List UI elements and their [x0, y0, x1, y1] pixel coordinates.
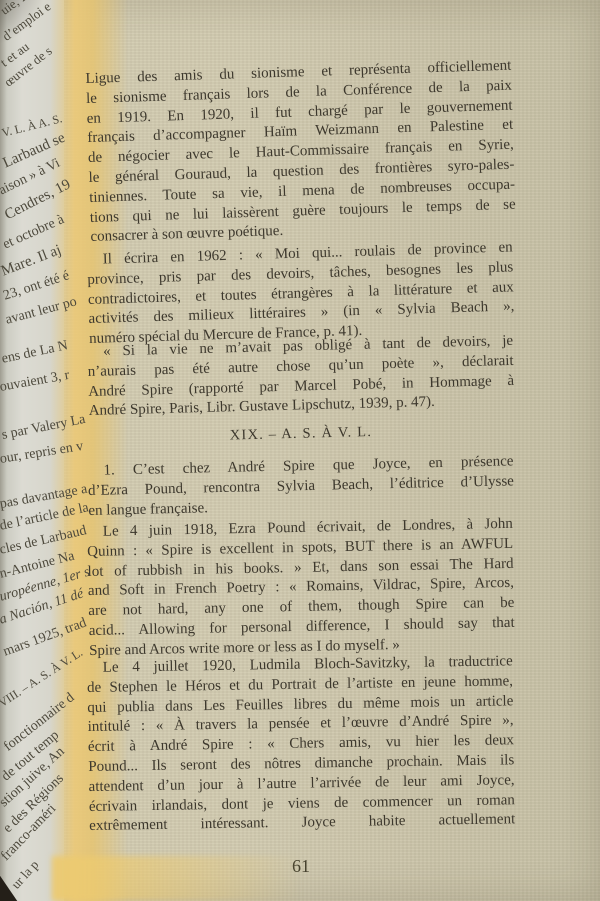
book-page-photo: uie, Rus d’emploi e t et au œuvre de s V…	[0, 0, 600, 901]
page-corner-shadow	[0, 0, 46, 46]
section-heading: XIX. – A. S. À V. L.	[88, 421, 514, 448]
paragraph-pound-letter: Le 4 juin 1918, Ezra Pound écrivait, de …	[87, 515, 516, 662]
fore-edge-highlight	[52, 856, 302, 901]
paragraph-section-1: 1. C’est chez André Spire que Joyce, en …	[87, 452, 514, 521]
paragraph-biography: Ligue des amis du sionisme et représenta…	[85, 57, 516, 248]
paragraph-bloch-savitzky: Le 4 juillet 1920, Ludmila Bloch-Savitzk…	[87, 652, 516, 837]
paragraph-quote-poete: « Si la vie ne m’avait pas obligé à tant…	[87, 332, 515, 422]
